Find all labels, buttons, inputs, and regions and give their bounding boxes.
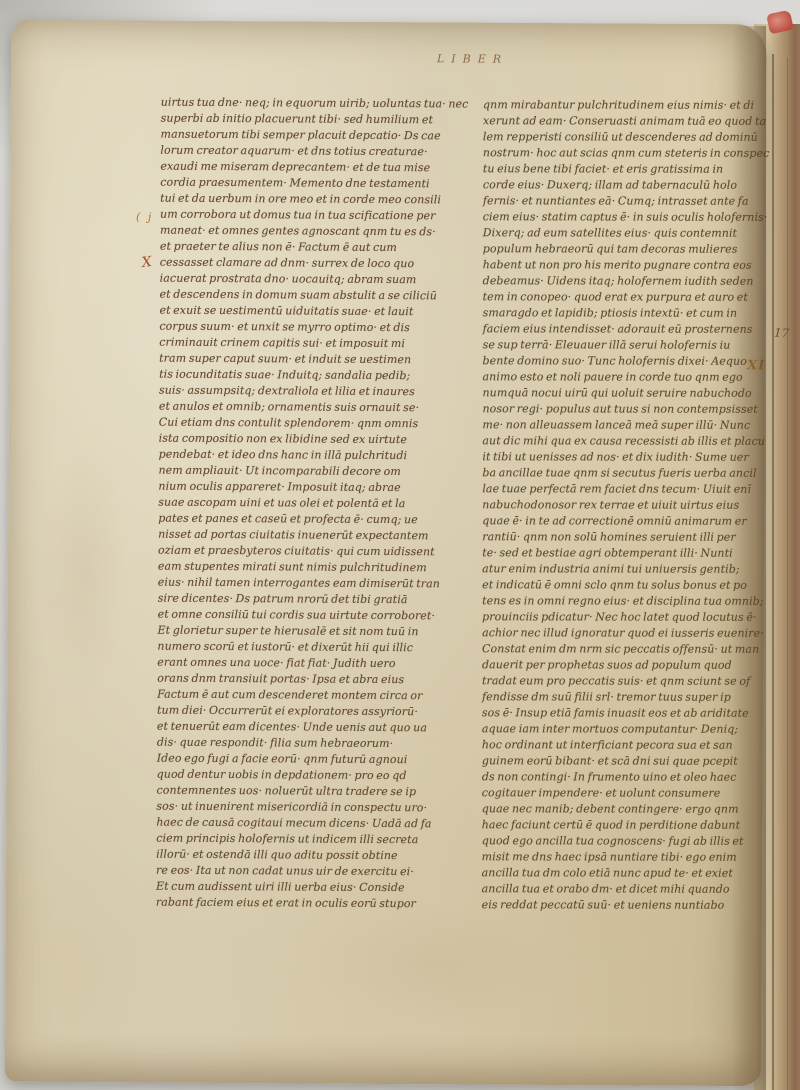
chapter-numeral-x: X [141,254,153,271]
foreedge-crease [787,58,788,1090]
running-title: LIBER [437,52,508,65]
text-column-left: uirtus tua dne· neq; in equorum uirib; u… [156,95,471,913]
manuscript-page: LIBER uirtus tua dne· neq; in equorum ui… [5,20,767,1087]
nota-mark: ( j [136,210,153,223]
parchment-stain [37,440,129,701]
page-gutter-shadow [732,26,766,1090]
photo-backdrop: 17 LIBER uirtus tua dne· neq; in equorum… [0,0,800,1090]
parchment-stain [305,904,566,1026]
